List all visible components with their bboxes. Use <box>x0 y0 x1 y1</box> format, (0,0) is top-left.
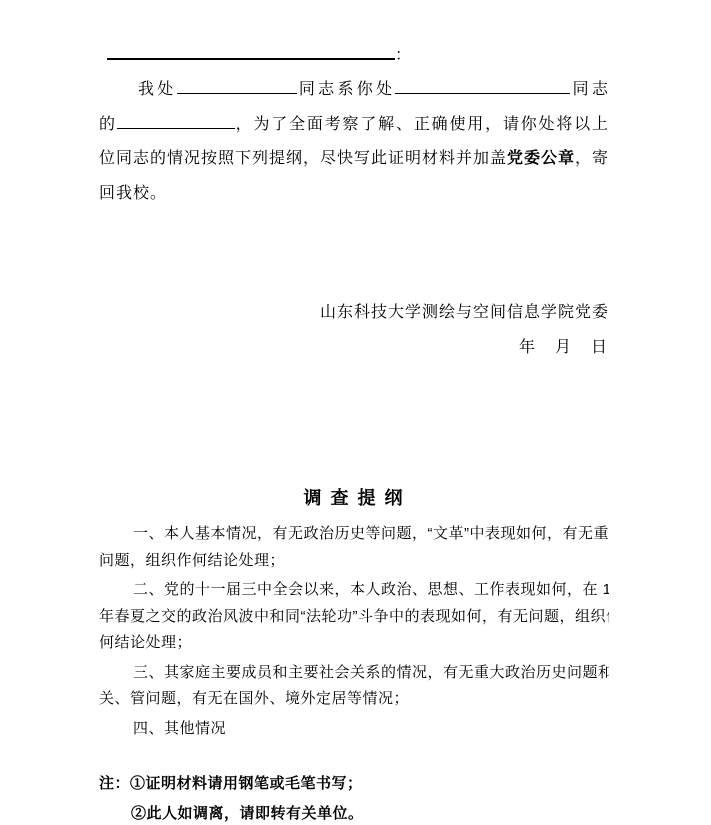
letter-text-segment: ，寄 <box>575 150 609 167</box>
note-text: ①证明材料请用钢笔或毛笔书写； <box>130 775 363 792</box>
outline-item-line: 四、其他情况 <box>99 716 609 743</box>
outline-title: 调 查 提 纲 <box>99 483 609 513</box>
salutation-line: ： <box>99 40 609 62</box>
recipient-blank-line <box>107 40 395 60</box>
note-line: 注：①证明材料请用钢笔或毛笔书写； <box>99 769 609 799</box>
letter-text-segment: 我处 <box>138 81 177 98</box>
letter-text-segment: 的 <box>99 116 117 133</box>
outline-item-line: 何结论处理； <box>99 630 609 657</box>
date-line: 年 月 日 <box>99 331 609 365</box>
letter-body: 我处同志系你处同志的，为了全面考察了解、正确使用，请你处将以上位同志的情况按照下… <box>99 73 609 211</box>
letter-text-segment: 位同志的情况按照下列提纲，尽快写此证明材料并加盖 <box>99 150 507 167</box>
letter-text-segment: ，为了全面考察了解、正确使用，请你处将以上 <box>235 116 609 133</box>
notes-section: 注：①证明材料请用钢笔或毛笔书写；②此人如调离，请即转有关单位。 <box>99 769 609 825</box>
salutation-colon: ： <box>395 47 411 64</box>
letter-text-bold-segment: 党委公章 <box>507 150 575 167</box>
notes-label: 注： <box>99 775 130 792</box>
letter-line: 的，为了全面考察了解、正确使用，请你处将以上 <box>99 108 609 143</box>
note-line: ②此人如调离，请即转有关单位。 <box>99 799 609 825</box>
outline-item-line: 关、管问题，有无在国外、境外定居等情况； <box>99 686 609 713</box>
letter-text-segment: 回我校。 <box>99 185 167 202</box>
letter-line: 我处同志系你处同志 <box>99 73 609 108</box>
letter-line: 回我校。 <box>99 177 609 212</box>
outline-item-line: 一、本人基本情况，有无政治历史等问题，“文革”中表现如何，有无重大 <box>99 521 609 548</box>
signature-line: 山东科技大学测绘与空间信息学院党委 <box>99 296 609 330</box>
letter-text-segment: 同志系你处 <box>297 81 396 98</box>
outline-body: 一、本人基本情况，有无政治历史等问题，“文革”中表现如何，有无重大问题，组织作何… <box>99 521 609 742</box>
letter-text-segment: 同志 <box>570 81 609 98</box>
fill-in-blank-line <box>395 77 570 94</box>
document-page: ： 我处同志系你处同志的，为了全面考察了解、正确使用，请你处将以上位同志的情况按… <box>0 0 711 825</box>
outline-item-line: 问题，组织作何结论处理； <box>99 548 609 575</box>
outline-item-line: 年春夏之交的政治风波中和同“法轮功”斗争中的表现如何，有无问题，组织作 <box>99 604 609 631</box>
letter-line: 位同志的情况按照下列提纲，尽快写此证明材料并加盖党委公章，寄 <box>99 142 609 177</box>
fill-in-blank-line <box>117 112 235 129</box>
outline-item-line: 三、其家庭主要成员和主要社会关系的情况，有无重大政治历史问题和被杀、 <box>99 660 609 687</box>
outline-item-line: 二、党的十一届三中全会以来，本人政治、思想、工作表现如何，在 1989 <box>99 577 609 604</box>
fill-in-blank-line <box>177 77 297 94</box>
